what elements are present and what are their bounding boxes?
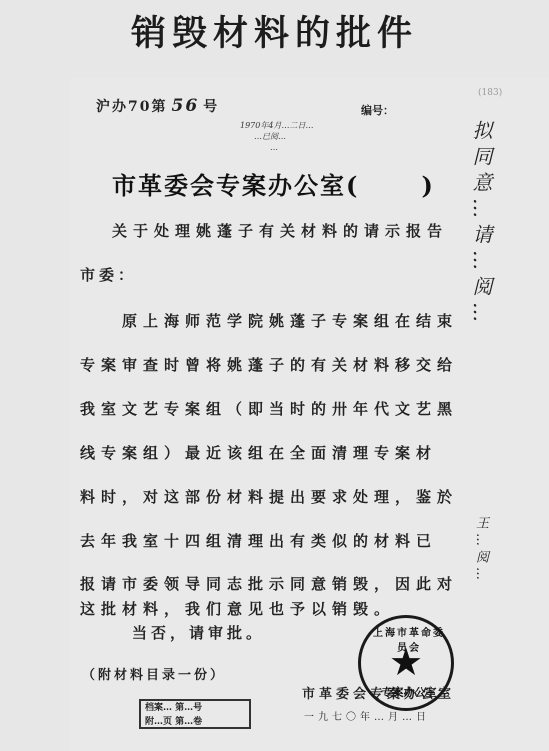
handwritten-note: 1970年4月…二日… …已阅… … — [240, 120, 313, 153]
top-right-mark: (183) — [478, 88, 502, 98]
handwritten-note-line: … — [240, 142, 313, 153]
body-line: 我室文艺专案组（即当时的卅年代文艺黑 — [80, 398, 458, 419]
document-number: 沪办70第56号 — [96, 96, 219, 116]
handwritten-note-line: 1970年4月…二日… — [240, 120, 313, 131]
body-line: 报请市委领导同志批示同意销毁，因此对 — [80, 573, 458, 594]
document-number-prefix: 沪办70第 — [96, 99, 167, 115]
closing-line: 当否，请审批。 — [132, 622, 265, 643]
body-line: 去年我室十四组清理出有类似的材料已 — [80, 530, 437, 551]
margin-signature: 王…阅… — [471, 516, 490, 584]
office-heading: 市革委会专案办公室( ) — [112, 166, 435, 201]
star-icon: ★ — [386, 642, 426, 682]
body-line: 专案审查时曾将姚蓬子的有关材料移交给 — [80, 354, 458, 375]
body-line: 这批材料，我们意见也予以销毁。 — [80, 598, 395, 619]
document-number-value: 56 — [171, 96, 199, 116]
page-title: 销毁材料的批件 — [0, 6, 549, 56]
serial-label: 编号： — [361, 102, 394, 118]
body-line: 料时，对这部份材料提出要求处理，鉴於 — [80, 486, 458, 507]
handwritten-note-line: …已阅… — [240, 131, 313, 142]
seal-bottom-text: 专案办公室 — [371, 684, 447, 700]
archive-stamp-line: 档案… 第…号 — [145, 701, 245, 715]
official-seal: 上海市革命委员会 ★ 专案办公室 — [358, 615, 454, 711]
archive-stamp-line: 附…页 第…卷 — [145, 715, 245, 729]
margin-annotation: 拟同意…请…阅… — [464, 120, 494, 328]
body-line: 原上海师范学院姚蓬子专案组在结束 — [80, 310, 458, 331]
document-number-suffix: 号 — [203, 99, 219, 115]
report-title: 关于处理姚蓬子有关材料的请示报告 — [112, 220, 448, 241]
body-line: 线专案组）最近该组在全面清理专案材 — [80, 442, 437, 463]
attachment-note: （附材料目录一份） — [82, 664, 226, 683]
addressee: 市委： — [80, 264, 137, 285]
archive-stamp: 档案… 第…号 附…页 第…卷 — [139, 699, 251, 729]
